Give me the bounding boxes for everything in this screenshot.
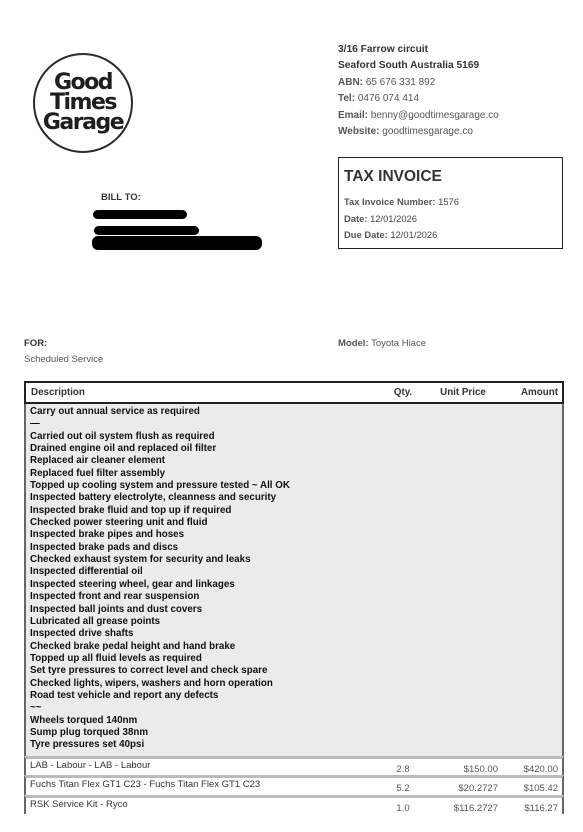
service-note: Drained engine oil and replaced oil filt… — [30, 443, 558, 455]
service-note: Replaced fuel filter assembly — [30, 468, 558, 480]
row-description: Fuchs Titan Flex GT1 C23 - Fuchs Titan F… — [26, 778, 378, 795]
service-note: Topped up all fluid levels as required — [30, 653, 558, 665]
company-logo: Good Times Garage — [33, 53, 133, 153]
row-description: RSK Service Kit - Ryco — [26, 798, 378, 815]
header-description: Description — [26, 387, 378, 398]
due-date: 12/01/2026 — [390, 229, 437, 240]
row-qty: 2.8 — [378, 759, 428, 776]
redaction-bar — [94, 226, 199, 235]
service-note: Inspected ball joints and dust covers — [30, 604, 558, 616]
row-description: LAB - Labour - LAB - Labour — [26, 759, 378, 776]
service-note: Inspected brake pipes and hoses — [30, 529, 558, 541]
due-date-row: Due Date: 12/01/2026 — [344, 227, 562, 244]
tel-label: Tel: — [338, 93, 355, 104]
service-note: Road test vehicle and report any defects — [30, 690, 558, 702]
service-note: — — [30, 418, 558, 430]
logo-text-line: Garage — [43, 113, 123, 133]
line-item-rows: LAB - Labour - LAB - Labour2.8$150.00$42… — [24, 756, 564, 815]
redaction-bar — [92, 236, 262, 250]
for-label: FOR: — [24, 338, 47, 349]
redaction-bar — [93, 210, 187, 219]
tax-invoice-box: TAX INVOICE Tax Invoice Number: 1576 Dat… — [338, 157, 563, 249]
table-header: Description Qty. Unit Price Amount — [24, 381, 564, 404]
abn-label: ABN: — [338, 77, 363, 88]
service-note: Topped up cooling system and pressure te… — [30, 480, 558, 492]
service-note: Inspected brake fluid and top up if requ… — [30, 505, 558, 517]
service-note: Inspected battery electrolyte, cleanness… — [30, 492, 558, 504]
website-value[interactable]: goodtimesgarage.co — [382, 126, 473, 137]
table-row: LAB - Labour - LAB - Labour2.8$150.00$42… — [24, 756, 564, 776]
header-qty: Qty. — [378, 387, 428, 398]
row-qty: 5.2 — [378, 778, 428, 795]
model-label: Model: — [338, 338, 369, 349]
abn-row: ABN: 65 676 331 892 — [338, 75, 499, 91]
service-note: Carried out oil system flush as required — [30, 431, 558, 443]
website-row: Website: goodtimesgarage.co — [338, 124, 499, 140]
invoice-number-label: Tax Invoice Number: — [344, 196, 436, 207]
invoice-number-row: Tax Invoice Number: 1576 — [344, 194, 562, 211]
invoice-date-label: Date: — [344, 213, 367, 224]
email-label: Email: — [338, 110, 368, 121]
abn-value: 65 676 331 892 — [366, 77, 436, 88]
row-amount: $420.00 — [498, 759, 562, 776]
vehicle-model: Model: Toyota Hiace — [338, 338, 426, 349]
table-row: Fuchs Titan Flex GT1 C23 - Fuchs Titan F… — [24, 775, 564, 795]
invoice-title: TAX INVOICE — [344, 168, 562, 186]
for-value: Scheduled Service — [24, 354, 103, 365]
invoice-date: 12/01/2026 — [370, 213, 417, 224]
service-note: Inspected drive shafts — [30, 628, 558, 640]
row-amount: $105.42 — [498, 778, 562, 795]
tel-value: 0476 074 414 — [358, 93, 419, 104]
service-note: Replaced air cleaner element — [30, 455, 558, 467]
service-note: Wheels torqued 140nm — [30, 715, 558, 727]
email-value[interactable]: benny@goodtimesgarage.co — [371, 110, 499, 121]
header-amount: Amount — [498, 387, 562, 398]
invoice-number: 1576 — [438, 196, 459, 207]
website-label: Website: — [338, 126, 380, 137]
service-note: ~~ — [30, 702, 558, 714]
row-qty: 1.0 — [378, 798, 428, 815]
row-unit-price: $116.2727 — [428, 798, 498, 815]
service-notes: Carry out annual service as required—Car… — [24, 404, 564, 756]
address-line-1: 3/16 Farrow circuit — [338, 42, 499, 58]
service-note: Inspected front and rear suspension — [30, 591, 558, 603]
service-note: Inspected steering wheel, gear and linka… — [30, 579, 558, 591]
service-note: Sump plug torqued 38nm — [30, 727, 558, 739]
table-row: RSK Service Kit - Ryco1.0$116.2727$116.2… — [24, 795, 564, 815]
row-amount: $116.27 — [498, 798, 562, 815]
service-note: Carry out annual service as required — [30, 406, 558, 418]
invoice-date-row: Date: 12/01/2026 — [344, 211, 562, 228]
due-date-label: Due Date: — [344, 229, 388, 240]
bill-to-label: BILL TO: — [101, 192, 141, 203]
service-note: Checked brake pedal height and hand brak… — [30, 641, 558, 653]
service-note: Lubricated all grease points — [30, 616, 558, 628]
service-note: Checked exhaust system for security and … — [30, 554, 558, 566]
service-note: Inspected differential oil — [30, 566, 558, 578]
service-note: Checked power steering unit and fluid — [30, 517, 558, 529]
row-unit-price: $20.2727 — [428, 778, 498, 795]
service-note: Inspected brake pads and discs — [30, 542, 558, 554]
header-unit-price: Unit Price — [428, 387, 498, 398]
model-value: Toyota Hiace — [371, 338, 426, 349]
service-note: Set tyre pressures to correct level and … — [30, 665, 558, 677]
row-unit-price: $150.00 — [428, 759, 498, 776]
company-details: 3/16 Farrow circuit Seaford South Austra… — [338, 42, 499, 140]
email-row: Email: benny@goodtimesgarage.co — [338, 108, 499, 124]
service-note: Tyre pressures set 40psi — [30, 739, 558, 751]
line-items-table: Description Qty. Unit Price Amount Carry… — [24, 381, 564, 814]
address-line-2: Seaford South Australia 5169 — [338, 58, 499, 74]
service-note: Checked lights, wipers, washers and horn… — [30, 678, 558, 690]
tel-row: Tel: 0476 074 414 — [338, 91, 499, 107]
